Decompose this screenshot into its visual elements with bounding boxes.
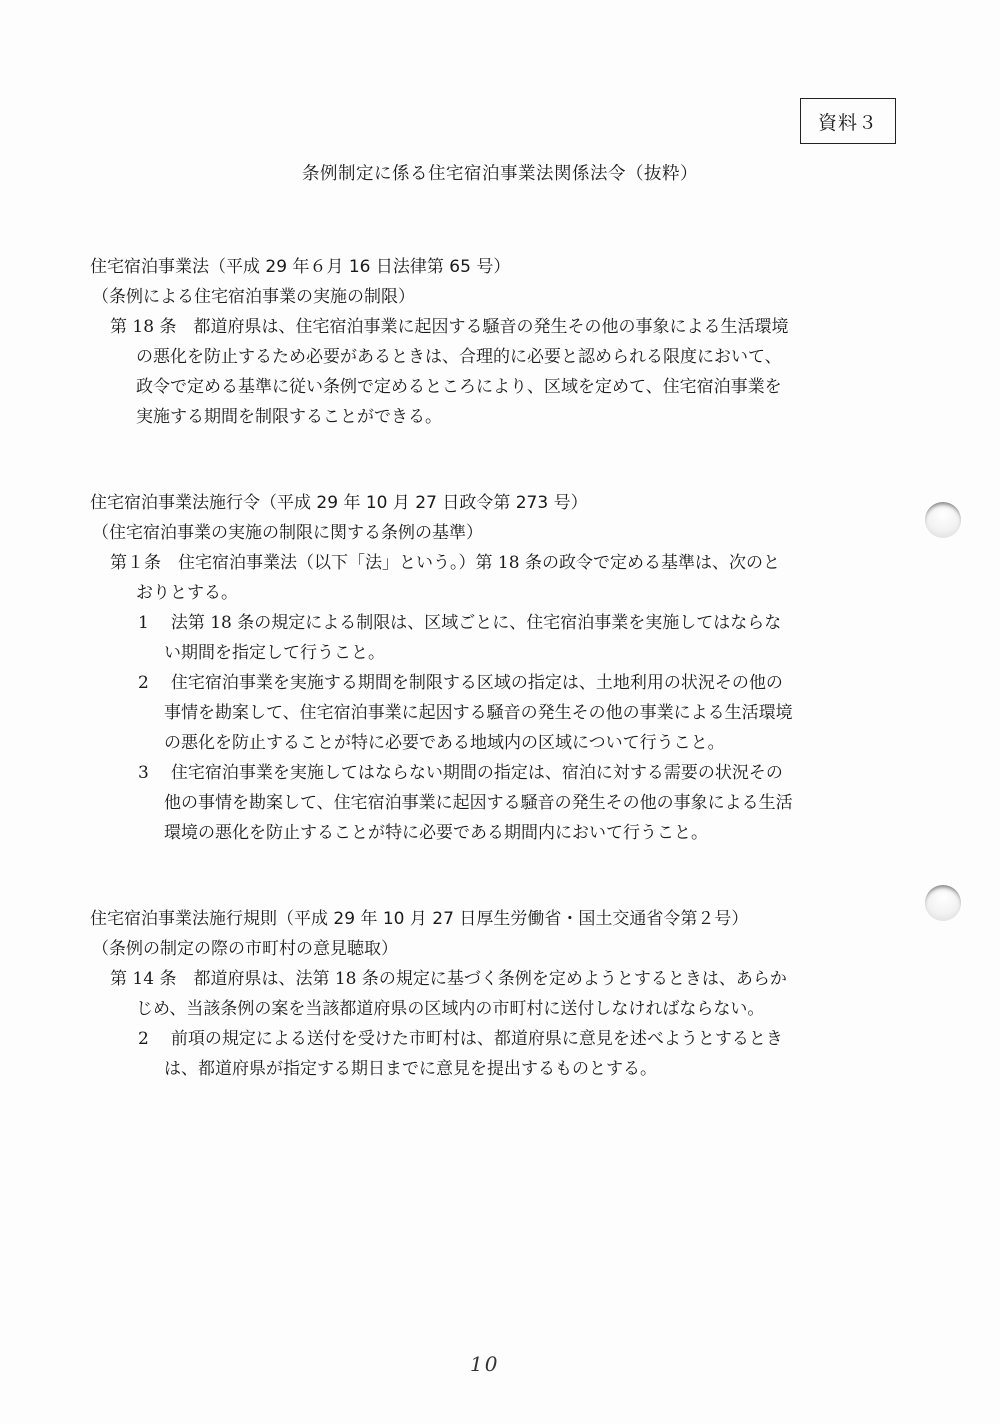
section-enforcement-regulations: 住宅宿泊事業法施行規則（平成 29 年 10 月 27 日厚生労働省・国土交通省… [90, 904, 920, 1084]
article-line: 実施する期間を制限することができる。 [90, 402, 920, 432]
section-housing-lodging-act: 住宅宿泊事業法（平成 29 年６月 16 日法律第 65 号） （条例による住宅… [90, 252, 920, 432]
article-18: 第 18 条 都道府県は、住宅宿泊事業に起因する騒音の発生その他の事象による生活… [90, 312, 920, 432]
article-caption: （条例による住宅宿泊事業の実施の制限） [92, 282, 920, 312]
page-number: 10 [470, 1352, 499, 1376]
article-line: おりとする。 [90, 578, 920, 608]
item-2-line: 事情を勘案して、住宅宿泊事業に起因する騒音の発生その他の事業による生活環境 [90, 698, 920, 728]
punch-hole-icon [925, 502, 961, 538]
document-title: 条例制定に係る住宅宿泊事業法関係法令（抜粋） [0, 160, 1000, 185]
item-number: 2 [138, 673, 149, 693]
article-line: 第 14 条 都道府県は、法第 18 条の規定に基づく条例を定めようとするときは… [90, 964, 920, 994]
article-line: の悪化を防止するため必要があるときは、合理的に必要と認められる限度において、 [90, 342, 920, 372]
item-1-line: い期間を指定して行うこと。 [90, 638, 920, 668]
article-1: 第１条 住宅宿泊事業法（以下「法」という。）第 18 条の政令で定める基準は、次… [90, 548, 920, 848]
item-number: 1 [138, 613, 149, 633]
item-number: 3 [138, 763, 149, 783]
section-enforcement-order: 住宅宿泊事業法施行令（平成 29 年 10 月 27 日政令第 273 号） （… [90, 488, 920, 848]
article-line: じめ、当該条例の案を当該都道府県の区域内の市町村に送付しなければならない。 [90, 994, 920, 1024]
item-3-line: 環境の悪化を防止することが特に必要である期間内において行うこと。 [90, 818, 920, 848]
article-14: 第 14 条 都道府県は、法第 18 条の規定に基づく条例を定めようとするときは… [90, 964, 920, 1084]
item-2-line: は、都道府県が指定する期日までに意見を提出するものとする。 [90, 1054, 920, 1084]
item-3-line: 3住宅宿泊事業を実施してはならない期間の指定は、宿泊に対する需要の状況その [90, 758, 920, 788]
item-2-line: 2住宅宿泊事業を実施する期間を制限する区域の指定は、土地利用の状況その他の [90, 668, 920, 698]
item-number: 2 [138, 1029, 149, 1049]
article-line: 第１条 住宅宿泊事業法（以下「法」という。）第 18 条の政令で定める基準は、次… [90, 548, 920, 578]
item-2-line: 2前項の規定による送付を受けた市町村は、都道府県に意見を述べようとするとき [90, 1024, 920, 1054]
law-title: 住宅宿泊事業法（平成 29 年６月 16 日法律第 65 号） [90, 252, 920, 282]
article-line: 第 18 条 都道府県は、住宅宿泊事業に起因する騒音の発生その他の事象による生活… [90, 312, 920, 342]
document-label-badge: 資料３ [800, 98, 896, 144]
law-title: 住宅宿泊事業法施行令（平成 29 年 10 月 27 日政令第 273 号） [90, 488, 920, 518]
item-3-line: 他の事情を勘案して、住宅宿泊事業に起因する騒音の発生その他の事象による生活 [90, 788, 920, 818]
article-caption: （住宅宿泊事業の実施の制限に関する条例の基準） [92, 518, 920, 548]
article-caption: （条例の制定の際の市町村の意見聴取） [92, 934, 920, 964]
item-1-line: 1法第 18 条の規定による制限は、区域ごとに、住宅宿泊事業を実施してはならな [90, 608, 920, 638]
punch-hole-icon [925, 885, 961, 921]
law-title: 住宅宿泊事業法施行規則（平成 29 年 10 月 27 日厚生労働省・国土交通省… [90, 904, 920, 934]
item-2-line: の悪化を防止することが特に必要である地域内の区域について行うこと。 [90, 728, 920, 758]
article-line: 政令で定める基準に従い条例で定めるところにより、区域を定めて、住宅宿泊事業を [90, 372, 920, 402]
